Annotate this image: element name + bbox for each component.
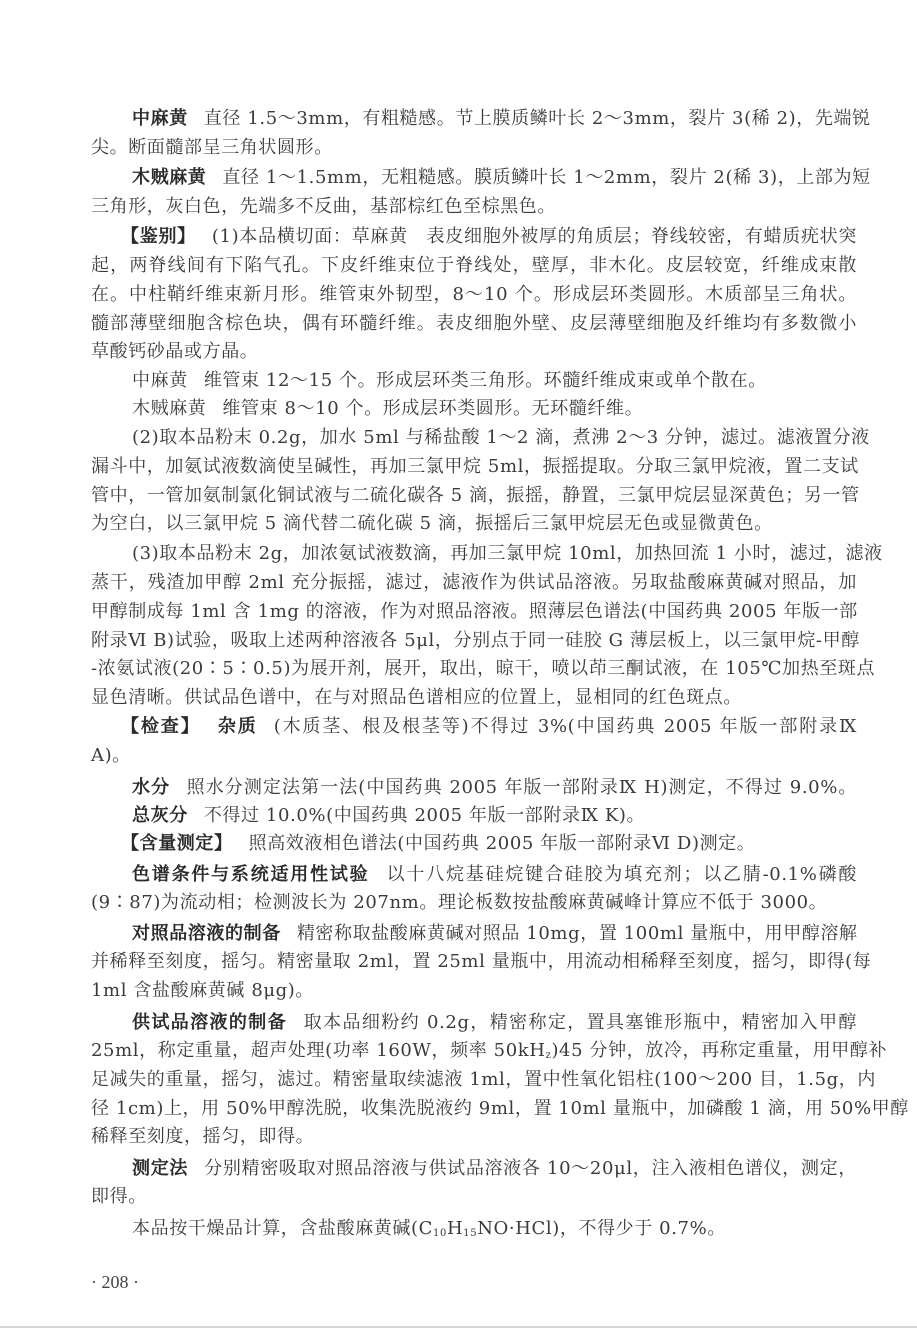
text-line: 为空白，以三氯甲烷 5 滴代替二硫化碳 5 滴，振摇后三氯甲烷层无色或显微黄色。 [91,509,857,538]
text-line: 【检查】杂质(木质茎、根及根茎等)不得过 3%(中国药典 2005 年版一部附录… [121,712,857,741]
text-line: 附录Ⅵ B)试验，吸取上述两种溶液各 5μl，分别点于同一硅胶 G 薄层板上，以… [91,626,857,655]
text-line: 三角形，灰白色，先端多不反曲，基部棕红色至棕黑色。 [91,192,857,221]
line-text: (9∶87)为流动相；检测波长为 207nm。理论板数按盐酸麻黄碱峰计算应不低于… [91,892,827,913]
line-text: 本品按干燥品计算，含盐酸麻黄碱(C10H15NO·HCl)，不得少于 0.7%。 [132,1218,726,1239]
line-text: 维管束 8～10 个。形成层环类圆形。无环髓纤维。 [222,398,643,419]
text-line: 即得。 [91,1182,857,1211]
text-line: 显色清晰。供试品色谱中，在与对照品色谱相应的位置上，显相同的红色斑点。 [91,683,857,712]
line-text: 蒸干，残渣加甲醇 2ml 充分振摇，滤过，滤液作为供试品溶液。另取盐酸麻黄碱对照… [91,572,857,593]
line-text: 稀释至刻度，摇匀，即得。 [91,1126,314,1147]
line-text: 径 1cm)上，用 50%甲醇洗脱，收集洗脱液约 9ml，置 10ml 量瓶中，… [91,1098,909,1119]
text-line: 漏斗中，加氨试液数滴使呈碱性，再加三氯甲烷 5ml，振摇提取。分取三氯甲烷液，置… [91,452,857,481]
text-line: 稀释至刻度，摇匀，即得。 [91,1122,857,1151]
section-heading: 木贼麻黄 [132,167,206,188]
line-text: 直径 1.5～3mm，有粗糙感。节上膜质鳞叶长 2～3mm，裂片 3(稀 2)，… [204,108,871,129]
text-line: 管中，一管加氨制氯化铜试液与二硫化碳各 5 滴，振摇，静置，三氯甲烷层显深黄色；… [91,481,857,510]
section-heading: 【检查】 [121,716,201,737]
line-text: 照水分测定法第一法(中国药典 2005 年版一部附录Ⅸ H)测定，不得过 9.0… [186,777,857,798]
text-line: 蒸干，残渣加甲醇 2ml 充分振摇，滤过，滤液作为供试品溶液。另取盐酸麻黄碱对照… [91,568,857,597]
line-text: A)。 [91,745,131,766]
line-text: 为空白，以三氯甲烷 5 滴代替二硫化碳 5 滴，振摇后三氯甲烷层无色或显微黄色。 [91,513,773,534]
section-heading: 供试品溶液的制备 [132,1012,287,1033]
text-line: 在。中柱鞘纤维束新月形。维管束外韧型，8～10 个。形成层环类圆形。木质部呈三角… [91,280,857,309]
line-text: 直径 1～1.5mm，无粗糙感。膜质鳞叶长 1～2mm，裂片 2(稀 3)，上部… [222,167,870,188]
line-text: 以十八烷基硅烷键合硅胶为填充剂；以乙腈-0.1%磷酸 [385,864,857,885]
line-text: 即得。 [91,1186,147,1207]
text-line: 足减失的重量，摇匀，滤过。精密量取续滤液 1ml，置中性氧化铝柱(100～200… [91,1065,857,1094]
line-text: 分别精密吸取对照品溶液与供试品溶液各 10～20μl，注入液相色谱仪，测定， [204,1158,857,1179]
text-line: 对照品溶液的制备精密称取盐酸麻黄碱对照品 10mg，置 100ml 量瓶中，用甲… [132,919,857,948]
text-line: 中麻黄维管束 12～15 个。形成层环类三角形。环髓纤维成束或单个散在。 [132,366,857,395]
line-text: 不得过 10.0%(中国药典 2005 年版一部附录Ⅸ K)。 [204,805,645,826]
text-line: 总灰分不得过 10.0%(中国药典 2005 年版一部附录Ⅸ K)。 [132,801,857,830]
text-line: 草酸钙砂晶或方晶。 [91,337,857,366]
text-line: 木贼麻黄维管束 8～10 个。形成层环类圆形。无环髓纤维。 [132,394,857,423]
text-line: 中麻黄直径 1.5～3mm，有粗糙感。节上膜质鳞叶长 2～3mm，裂片 3(稀 … [132,104,857,133]
line-text: 尖。断面髓部呈三角状圆形。 [91,137,333,158]
line-text: 显色清晰。供试品色谱中，在与对照品色谱相应的位置上，显相同的红色斑点。 [91,687,742,708]
line-text: 三角形，灰白色，先端多不反曲，基部棕红色至棕黑色。 [91,196,556,217]
page-number: · 208 · [91,1268,139,1297]
line-text: (3)取本品粉末 2g，加浓氨试液数滴，再加三氯甲烷 10ml，加热回流 1 小… [132,543,883,564]
line-text: -浓氨试液(20∶5∶0.5)为展开剂，展开，取出，晾干，喷以茚三酮试液，在 1… [91,658,875,679]
section-heading: 中麻黄 [132,108,188,129]
line-text: 25ml，称定重量，超声处理(功率 160W，频率 50kHz)45 分钟，放冷… [91,1040,887,1061]
text-line: 径 1cm)上，用 50%甲醇洗脱，收集洗脱液约 9ml，置 10ml 量瓶中，… [91,1094,857,1123]
section-heading: 总灰分 [132,805,188,826]
line-text: 甲醇制成每 1ml 含 1mg 的溶液，作为对照品溶液。照薄层色谱法(中国药典 … [91,601,858,622]
line-text: (1)本品横切面：草麻黄 表皮细胞外被厚的角质层；脊线较密，有蜡质疣状突 [212,226,857,247]
line-text: 管中，一管加氨制氯化铜试液与二硫化碳各 5 滴，振摇，静置，三氯甲烷层显深黄色；… [91,485,860,506]
text-line: A)。 [91,741,857,770]
text-line: 甲醇制成每 1ml 含 1mg 的溶液，作为对照品溶液。照薄层色谱法(中国药典 … [91,597,857,626]
line-text: 在。中柱鞘纤维束新月形。维管束外韧型，8～10 个。形成层环类圆形。木质部呈三角… [91,284,857,305]
species-label: 木贼麻黄 [132,398,206,419]
text-line: 【含量测定】照高效液相色谱法(中国药典 2005 年版一部附录Ⅵ D)测定。 [121,829,857,858]
text-line: 水分照水分测定法第一法(中国药典 2005 年版一部附录Ⅸ H)测定，不得过 9… [132,773,857,802]
section-heading: 【含量测定】 [121,833,233,854]
text-line: 色谱条件与系统适用性试验以十八烷基硅烷键合硅胶为填充剂；以乙腈-0.1%磷酸 [132,860,857,889]
text-line: 起，两脊线间有下陷气孔。下皮纤维束位于脊线处，壁厚，非木化。皮层较宽，纤维成束散 [91,251,857,280]
line-text: 照高效液相色谱法(中国药典 2005 年版一部附录Ⅵ D)测定。 [249,833,756,854]
text-line: 1ml 含盐酸麻黄碱 8μg)。 [91,976,857,1005]
line-text: 维管束 12～15 个。形成层环类三角形。环髓纤维成束或单个散在。 [204,370,767,391]
text-line: 并稀释至刻度，摇匀。精密量取 2ml，置 25ml 量瓶中，用流动相稀释至刻度，… [91,947,857,976]
text-line: 【鉴别】(1)本品横切面：草麻黄 表皮细胞外被厚的角质层；脊线较密，有蜡质疣状突 [121,222,857,251]
section-heading: 色谱条件与系统适用性试验 [132,864,369,885]
line-text: 附录Ⅵ B)试验，吸取上述两种溶液各 5μl，分别点于同一硅胶 G 薄层板上，以… [91,630,860,651]
sub-heading: 杂质 [217,716,258,737]
text-line: (3)取本品粉末 2g，加浓氨试液数滴，再加三氯甲烷 10ml，加热回流 1 小… [132,539,857,568]
line-text: 精密称取盐酸麻黄碱对照品 10mg，置 100ml 量瓶中，用甲醇溶解 [297,923,858,944]
species-label: 中麻黄 [132,370,188,391]
section-heading: 测定法 [132,1158,188,1179]
document-page: 中麻黄直径 1.5～3mm，有粗糙感。节上膜质鳞叶长 2～3mm，裂片 3(稀 … [0,0,917,1333]
line-text: (2)取本品粉末 0.2g，加水 5ml 与稀盐酸 1～2 滴，煮沸 2～3 分… [132,427,870,448]
line-text: 取本品细粉约 0.2g，精密称定，置具塞锥形瓶中，精密加入甲醇 [303,1012,857,1033]
line-text: 草酸钙砂晶或方晶。 [91,341,258,362]
text-line: 测定法分别精密吸取对照品溶液与供试品溶液各 10～20μl，注入液相色谱仪，测定… [132,1154,857,1183]
line-text: 1ml 含盐酸麻黄碱 8μg)。 [91,980,314,1001]
line-text: (木质茎、根及根茎等)不得过 3%(中国药典 2005 年版一部附录Ⅸ [274,716,857,737]
line-text: 起，两脊线间有下陷气孔。下皮纤维束位于脊线处，壁厚，非木化。皮层较宽，纤维成束散 [91,255,857,276]
text-line: 25ml，称定重量，超声处理(功率 160W，频率 50kHz)45 分钟，放冷… [91,1036,857,1065]
text-line: 本品按干燥品计算，含盐酸麻黄碱(C10H15NO·HCl)，不得少于 0.7%。 [132,1214,857,1243]
line-text: 髓部薄壁细胞含棕色块，偶有环髓纤维。表皮细胞外壁、皮层薄壁细胞及纤维均有多数微小 [91,313,857,334]
text-line: 供试品溶液的制备取本品细粉约 0.2g，精密称定，置具塞锥形瓶中，精密加入甲醇 [132,1008,857,1037]
text-line: 髓部薄壁细胞含棕色块，偶有环髓纤维。表皮细胞外壁、皮层薄壁细胞及纤维均有多数微小 [91,309,857,338]
section-heading: 水分 [132,777,170,798]
text-line: 尖。断面髓部呈三角状圆形。 [91,133,857,162]
section-heading: 【鉴别】 [121,226,196,247]
text-line: (9∶87)为流动相；检测波长为 207nm。理论板数按盐酸麻黄碱峰计算应不低于… [91,888,857,917]
line-text: 并稀释至刻度，摇匀。精密量取 2ml，置 25ml 量瓶中，用流动相稀释至刻度，… [91,951,871,972]
scan-edge-rule [0,1326,917,1328]
text-line: -浓氨试液(20∶5∶0.5)为展开剂，展开，取出，晾干，喷以茚三酮试液，在 1… [91,654,857,683]
section-heading: 对照品溶液的制备 [132,923,281,944]
line-text: 漏斗中，加氨试液数滴使呈碱性，再加三氯甲烷 5ml，振摇提取。分取三氯甲烷液，置… [91,456,859,477]
text-line: 木贼麻黄直径 1～1.5mm，无粗糙感。膜质鳞叶长 1～2mm，裂片 2(稀 3… [132,163,857,192]
text-line: (2)取本品粉末 0.2g，加水 5ml 与稀盐酸 1～2 滴，煮沸 2～3 分… [132,423,857,452]
line-text: 足减失的重量，摇匀，滤过。精密量取续滤液 1ml，置中性氧化铝柱(100～200… [91,1069,876,1090]
